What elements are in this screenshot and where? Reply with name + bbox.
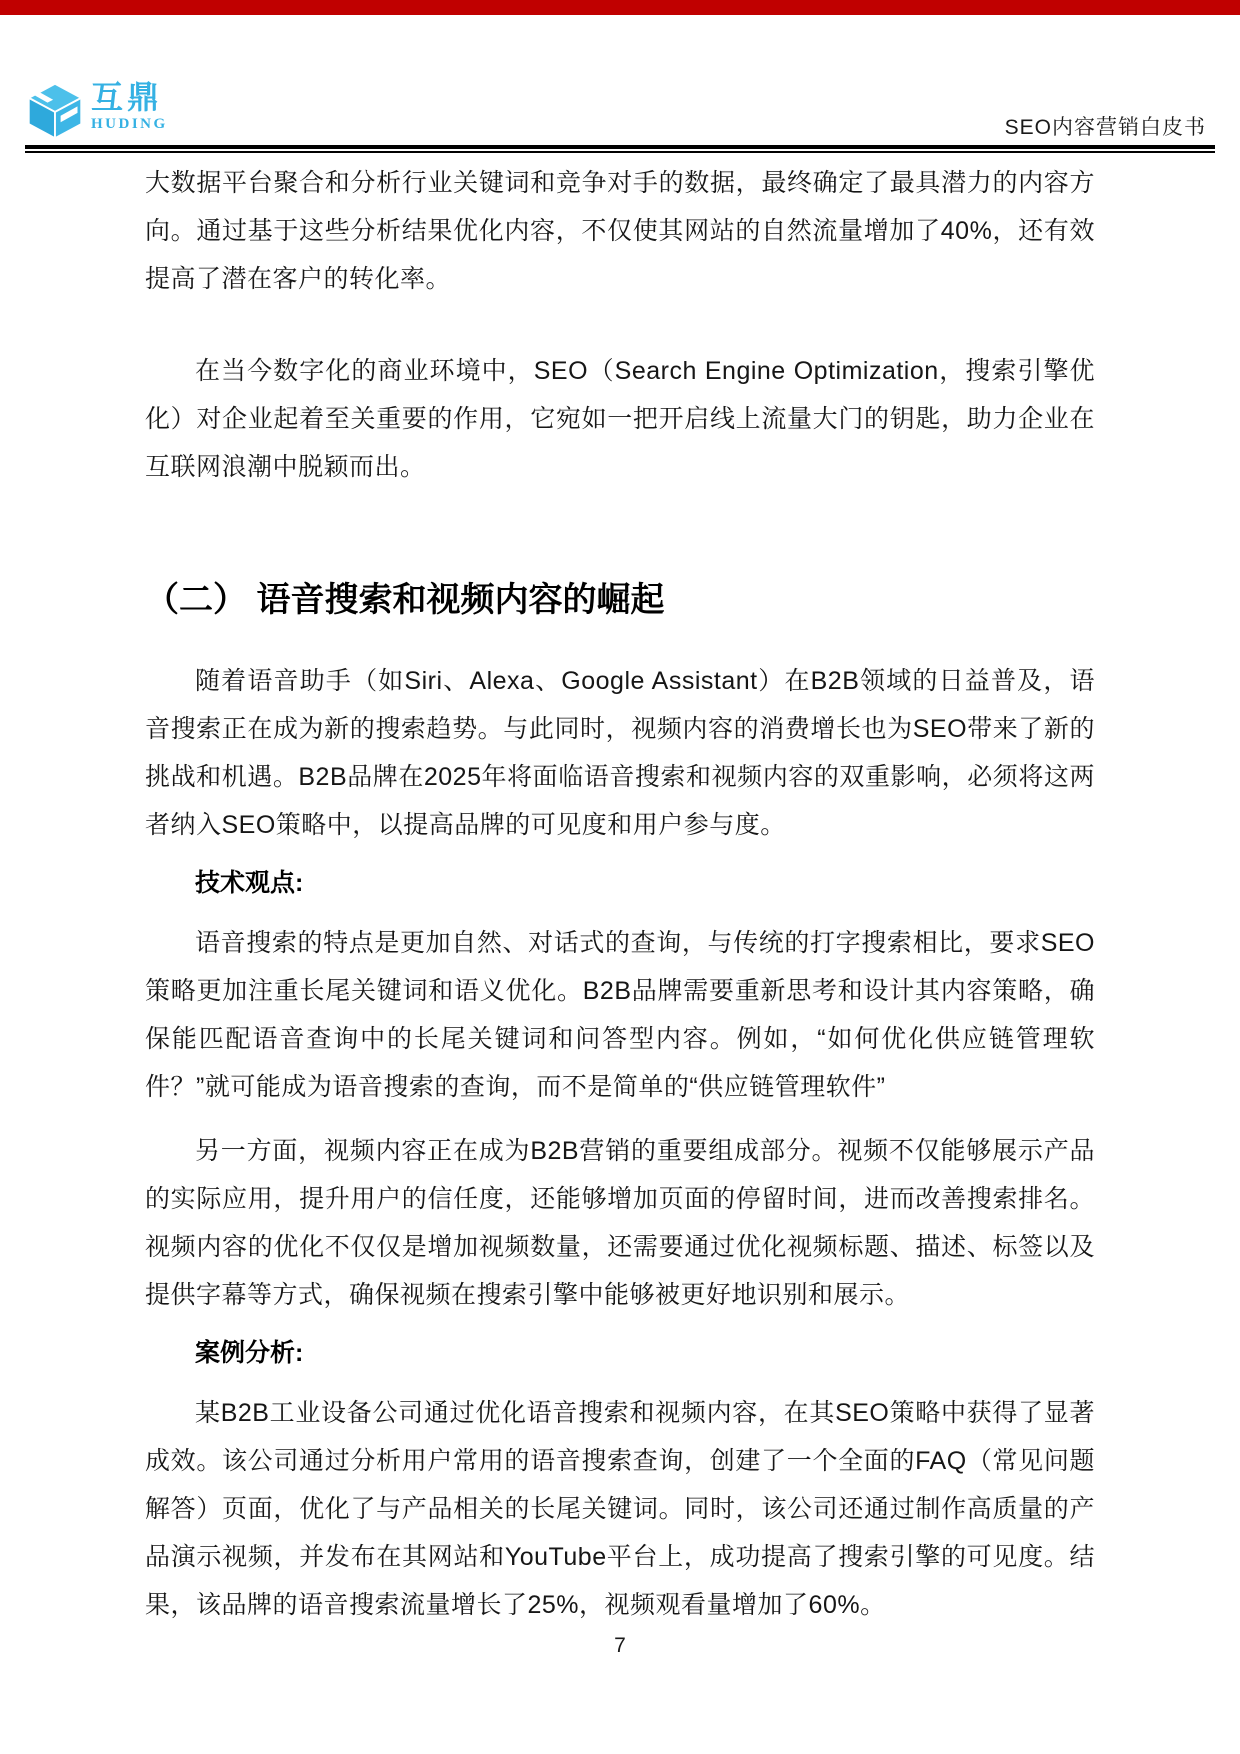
top-red-bar bbox=[0, 0, 1240, 15]
paragraph-video-detail: 另一方面，视频内容正在成为B2B营销的重要组成部分。视频不仅能够展示产品的实际应… bbox=[145, 1127, 1095, 1319]
document-body: 大数据平台聚合和分析行业关键词和竞争对手的数据，最终确定了最具潜力的内容方向。通… bbox=[0, 153, 1240, 1629]
subheading-case-analysis: 案例分析: bbox=[145, 1329, 1095, 1377]
header-divider bbox=[25, 145, 1215, 153]
page-footer: 7 bbox=[0, 1631, 1240, 1661]
paragraph-case-detail: 某B2B工业设备公司通过优化语音搜索和视频内容，在其SEO策略中获得了显著成效。… bbox=[145, 1389, 1095, 1629]
logo-subtitle: HUDING bbox=[91, 117, 168, 132]
paragraph-voice-video: 随着语音助手（如Siri、Alexa、Google Assistant）在B2B… bbox=[145, 657, 1095, 849]
subheading-tech-view: 技术观点: bbox=[145, 859, 1095, 907]
section-heading: （二） 语音搜索和视频内容的崛起 bbox=[145, 577, 1095, 623]
header-doc-title: SEO内容营销白皮书 bbox=[1005, 111, 1206, 141]
page-header: 互鼎 HUDING SEO内容营销白皮书 bbox=[0, 15, 1240, 153]
logo-name: 互鼎 bbox=[91, 81, 168, 113]
logo-text: 互鼎 HUDING bbox=[91, 81, 168, 132]
paragraph-tech-detail: 语音搜索的特点是更加自然、对话式的查询，与传统的打字搜索相比，要求SEO策略更加… bbox=[145, 919, 1095, 1111]
paragraph-intro: 大数据平台聚合和分析行业关键词和竞争对手的数据，最终确定了最具潜力的内容方向。通… bbox=[145, 159, 1095, 303]
page-number: 7 bbox=[614, 1631, 626, 1661]
huding-logo: 互鼎 HUDING bbox=[25, 81, 168, 141]
document-page: 互鼎 HUDING SEO内容营销白皮书 大数据平台聚合和分析行业关键词和竞争对… bbox=[0, 0, 1240, 1661]
logo-cube-icon bbox=[25, 81, 85, 141]
paragraph-seo-role: 在当今数字化的商业环境中，SEO（Search Engine Optimizat… bbox=[145, 347, 1095, 491]
